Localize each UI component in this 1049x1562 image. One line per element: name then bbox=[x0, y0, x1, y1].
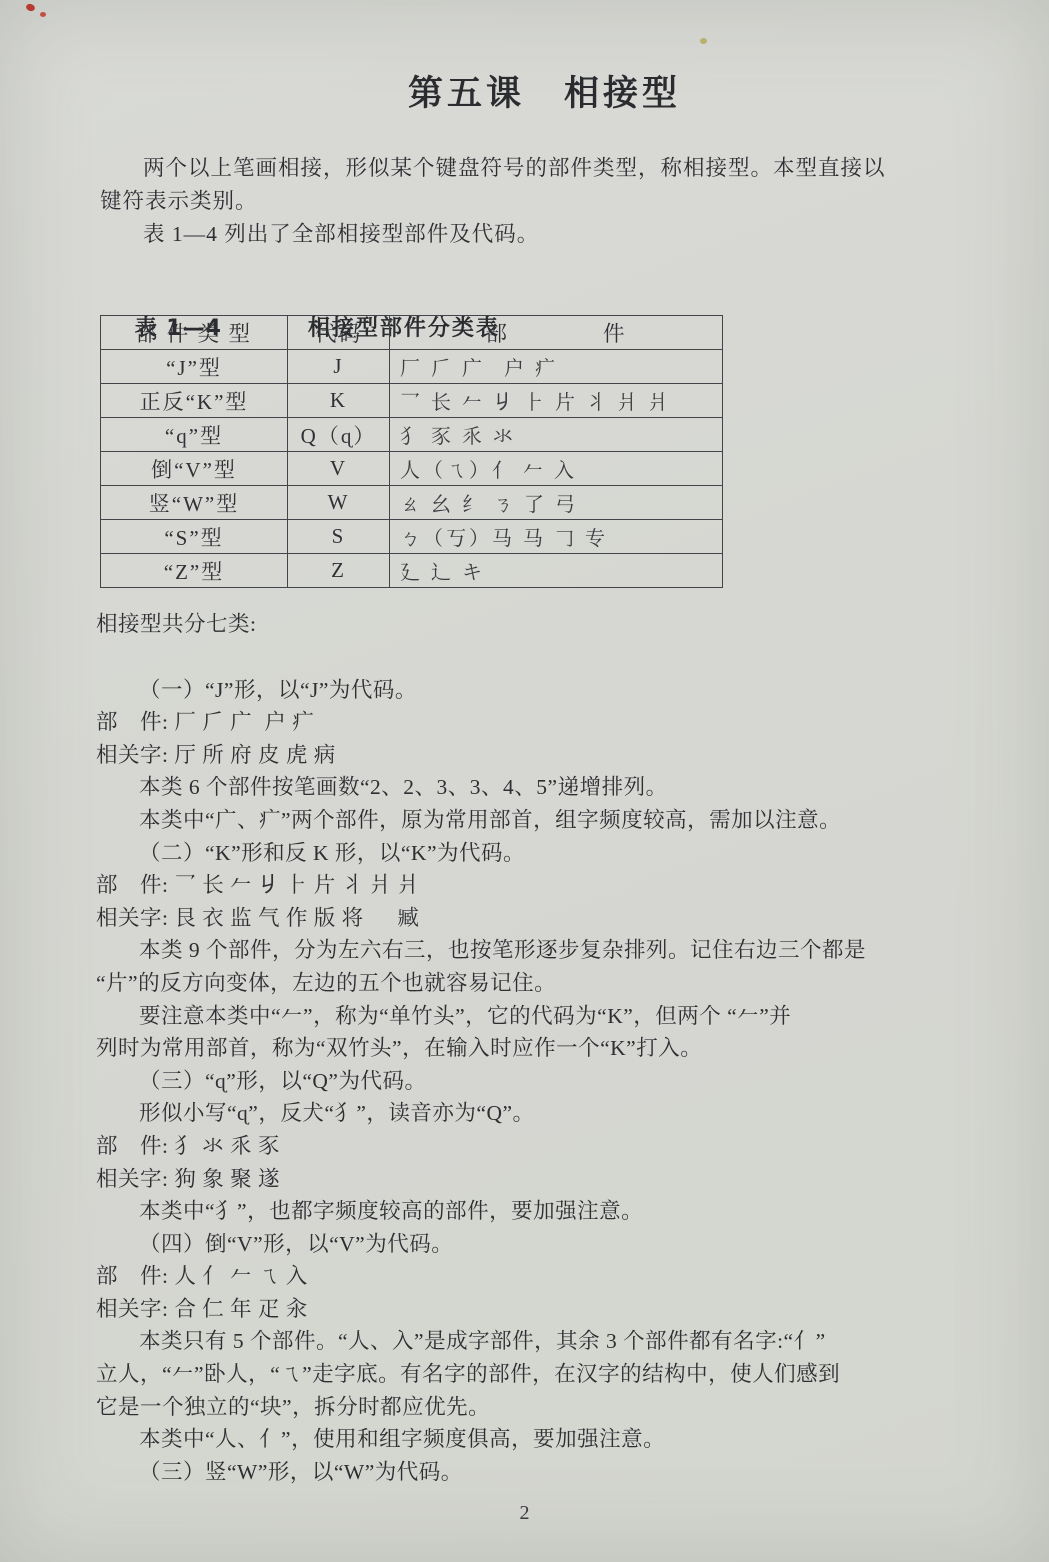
table-row: “J”型 J 厂 𠂆 广 𠂋 户 疒 bbox=[101, 350, 723, 384]
cell-parts: ⺂ ⻓ 𠂉 𠂈 ⺊ 片 丬 爿 爿 bbox=[390, 384, 723, 418]
body-line: 本类 6 个部件按笔画数“2、2、3、3、4、5”递增排列。 bbox=[96, 771, 970, 804]
cell-type: “J”型 bbox=[101, 350, 288, 384]
red-ink-speck bbox=[40, 12, 46, 17]
cell-code: Z bbox=[288, 554, 390, 588]
body-line: （三）竖“W”形，以“W”为代码。 bbox=[96, 1456, 970, 1489]
body-line: 部 件: ⺂ ⻓ 𠂉 𠂈 ⺊ 片 丬 爿 爿 bbox=[96, 869, 970, 902]
body-line: 部 件: 厂 𠂆 广 𠂋 户 疒 bbox=[96, 706, 970, 739]
body-line: 本类中“人、亻”，使用和组字频度俱高，要加强注意。 bbox=[96, 1423, 970, 1456]
table-row: 竖“W”型 W ㄠ 幺 纟 ㄋ 了 弓 bbox=[101, 486, 723, 520]
page-number: 2 bbox=[0, 1502, 1049, 1525]
body-line: （一）“J”形，以“J”为代码。 bbox=[96, 674, 970, 707]
body-line: 要注意本类中“𠂉”，称为“单竹头”，它的代码为“K”，但两个 “𠂉”并 bbox=[96, 1000, 970, 1033]
table-header-row: 部 件 类 型 代码 部 件 bbox=[101, 316, 723, 350]
table-row: 正反“K”型 K ⺂ ⻓ 𠂉 𠂈 ⺊ 片 丬 爿 爿 bbox=[101, 384, 723, 418]
lesson-body: 相接型共分七类: （一）“J”形，以“J”为代码。 部 件: 厂 𠂆 广 𠂋 户… bbox=[96, 608, 970, 1488]
intro-line: 键符表示类别。 bbox=[100, 185, 968, 218]
body-line: “片”的反方向变体，左边的五个也就容易记住。 bbox=[96, 967, 970, 1000]
body-line: 本类 9 个部件，分为左六右三，也按笔形逐步复杂排列。记住右边三个都是 bbox=[96, 934, 970, 967]
cell-type: 竖“W”型 bbox=[101, 486, 288, 520]
cell-parts: ㄠ 幺 纟 ㄋ 了 弓 bbox=[390, 486, 723, 520]
body-line: 立人，“𠂉”卧人，“ㄟ”走字底。有名字的部件，在汉字的结构中，使人们感到 bbox=[96, 1358, 970, 1391]
cell-type: 正反“K”型 bbox=[101, 384, 288, 418]
header-cell-type: 部 件 类 型 bbox=[101, 316, 288, 350]
table-row: “Z”型 Z 廴 辶 キ bbox=[101, 554, 723, 588]
cell-code: S bbox=[288, 520, 390, 554]
cell-type: “S”型 bbox=[101, 520, 288, 554]
cell-code: Q（ɋ） bbox=[288, 418, 390, 452]
cell-code: W bbox=[288, 486, 390, 520]
yellow-paper-speck bbox=[700, 38, 707, 44]
body-line: 本类中“广、疒”两个部件，原为常用部首，组字频度较高，需加以注意。 bbox=[96, 804, 970, 837]
red-ink-speck bbox=[25, 3, 36, 13]
body-line: 部 件: 犭 氺 乑 豕 bbox=[96, 1130, 970, 1163]
body-line: （四）倒“V”形，以“V”为代码。 bbox=[96, 1228, 970, 1261]
cell-type: “Z”型 bbox=[101, 554, 288, 588]
cell-type: “q”型 bbox=[101, 418, 288, 452]
body-line: 它是一个独立的“块”，拆分时都应优先。 bbox=[96, 1391, 970, 1424]
table-row: “q”型 Q（ɋ） 犭 豕 乑 氺 bbox=[101, 418, 723, 452]
body-line: 相关字: 厅 所 府 皮 虎 病 bbox=[96, 739, 970, 772]
body-line: 相关字: 合 仁 年 疋 汆 bbox=[96, 1293, 970, 1326]
scanned-document-page: 第五课 相接型 两个以上笔画相接，形似某个键盘符号的部件类型，称相接型。本型直接… bbox=[0, 0, 1049, 1562]
body-line: 相关字: 艮 衣 监 气 作 版 将 臧 bbox=[96, 902, 970, 935]
body-line: 列时为常用部首，称为“双竹头”，在输入时应作一个“K”打入。 bbox=[96, 1032, 970, 1065]
body-line: 形似小写“ɋ”，反犬“犭”，读音亦为“Q”。 bbox=[96, 1097, 970, 1130]
body-line: 本类只有 5 个部件。“人、入”是成字部件，其余 3 个部件都有名字:“亻” bbox=[96, 1325, 970, 1358]
cell-code: V bbox=[288, 452, 390, 486]
cell-code: J bbox=[288, 350, 390, 384]
body-line: 相接型共分七类: bbox=[96, 608, 970, 641]
intro-line: 表 1—4 列出了全部相接型部件及代码。 bbox=[100, 218, 968, 251]
component-classification-table: 部 件 类 型 代码 部 件 “J”型 J 厂 𠂆 广 𠂋 户 疒 正反“K”型… bbox=[100, 315, 723, 588]
cell-type: 倒“V”型 bbox=[101, 452, 288, 486]
cell-parts: 厂 𠂆 广 𠂋 户 疒 bbox=[390, 350, 723, 384]
cell-code: K bbox=[288, 384, 390, 418]
cell-parts: ㄅ（丂）马 ⻢ 𠃌 专 bbox=[390, 520, 723, 554]
header-cell-parts: 部 件 bbox=[390, 316, 723, 350]
body-line: 部 件: 人 亻 𠂉 ㄟ 入 bbox=[96, 1260, 970, 1293]
intro-paragraphs: 两个以上笔画相接，形似某个键盘符号的部件类型，称相接型。本型直接以 键符表示类别… bbox=[100, 152, 968, 251]
table-row: 倒“V”型 V 人（ㄟ）亻 𠂉 入 bbox=[101, 452, 723, 486]
lesson-title: 第五课 相接型 bbox=[0, 66, 1049, 116]
cell-parts: 廴 辶 キ bbox=[390, 554, 723, 588]
table-row: “S”型 S ㄅ（丂）马 ⻢ 𠃌 专 bbox=[101, 520, 723, 554]
body-line: 相关字: 狗 象 聚 遂 bbox=[96, 1163, 970, 1196]
body-line: （二）“K”形和反 K 形，以“K”为代码。 bbox=[96, 837, 970, 870]
header-cell-code: 代码 bbox=[288, 316, 390, 350]
cell-parts: 犭 豕 乑 氺 bbox=[390, 418, 723, 452]
cell-parts: 人（ㄟ）亻 𠂉 入 bbox=[390, 452, 723, 486]
body-line: 本类中“犭”，也都字频度较高的部件，要加强注意。 bbox=[96, 1195, 970, 1228]
body-line: （三）“ɋ”形，以“Q”为代码。 bbox=[96, 1065, 970, 1098]
intro-line: 两个以上笔画相接，形似某个键盘符号的部件类型，称相接型。本型直接以 bbox=[100, 152, 968, 185]
